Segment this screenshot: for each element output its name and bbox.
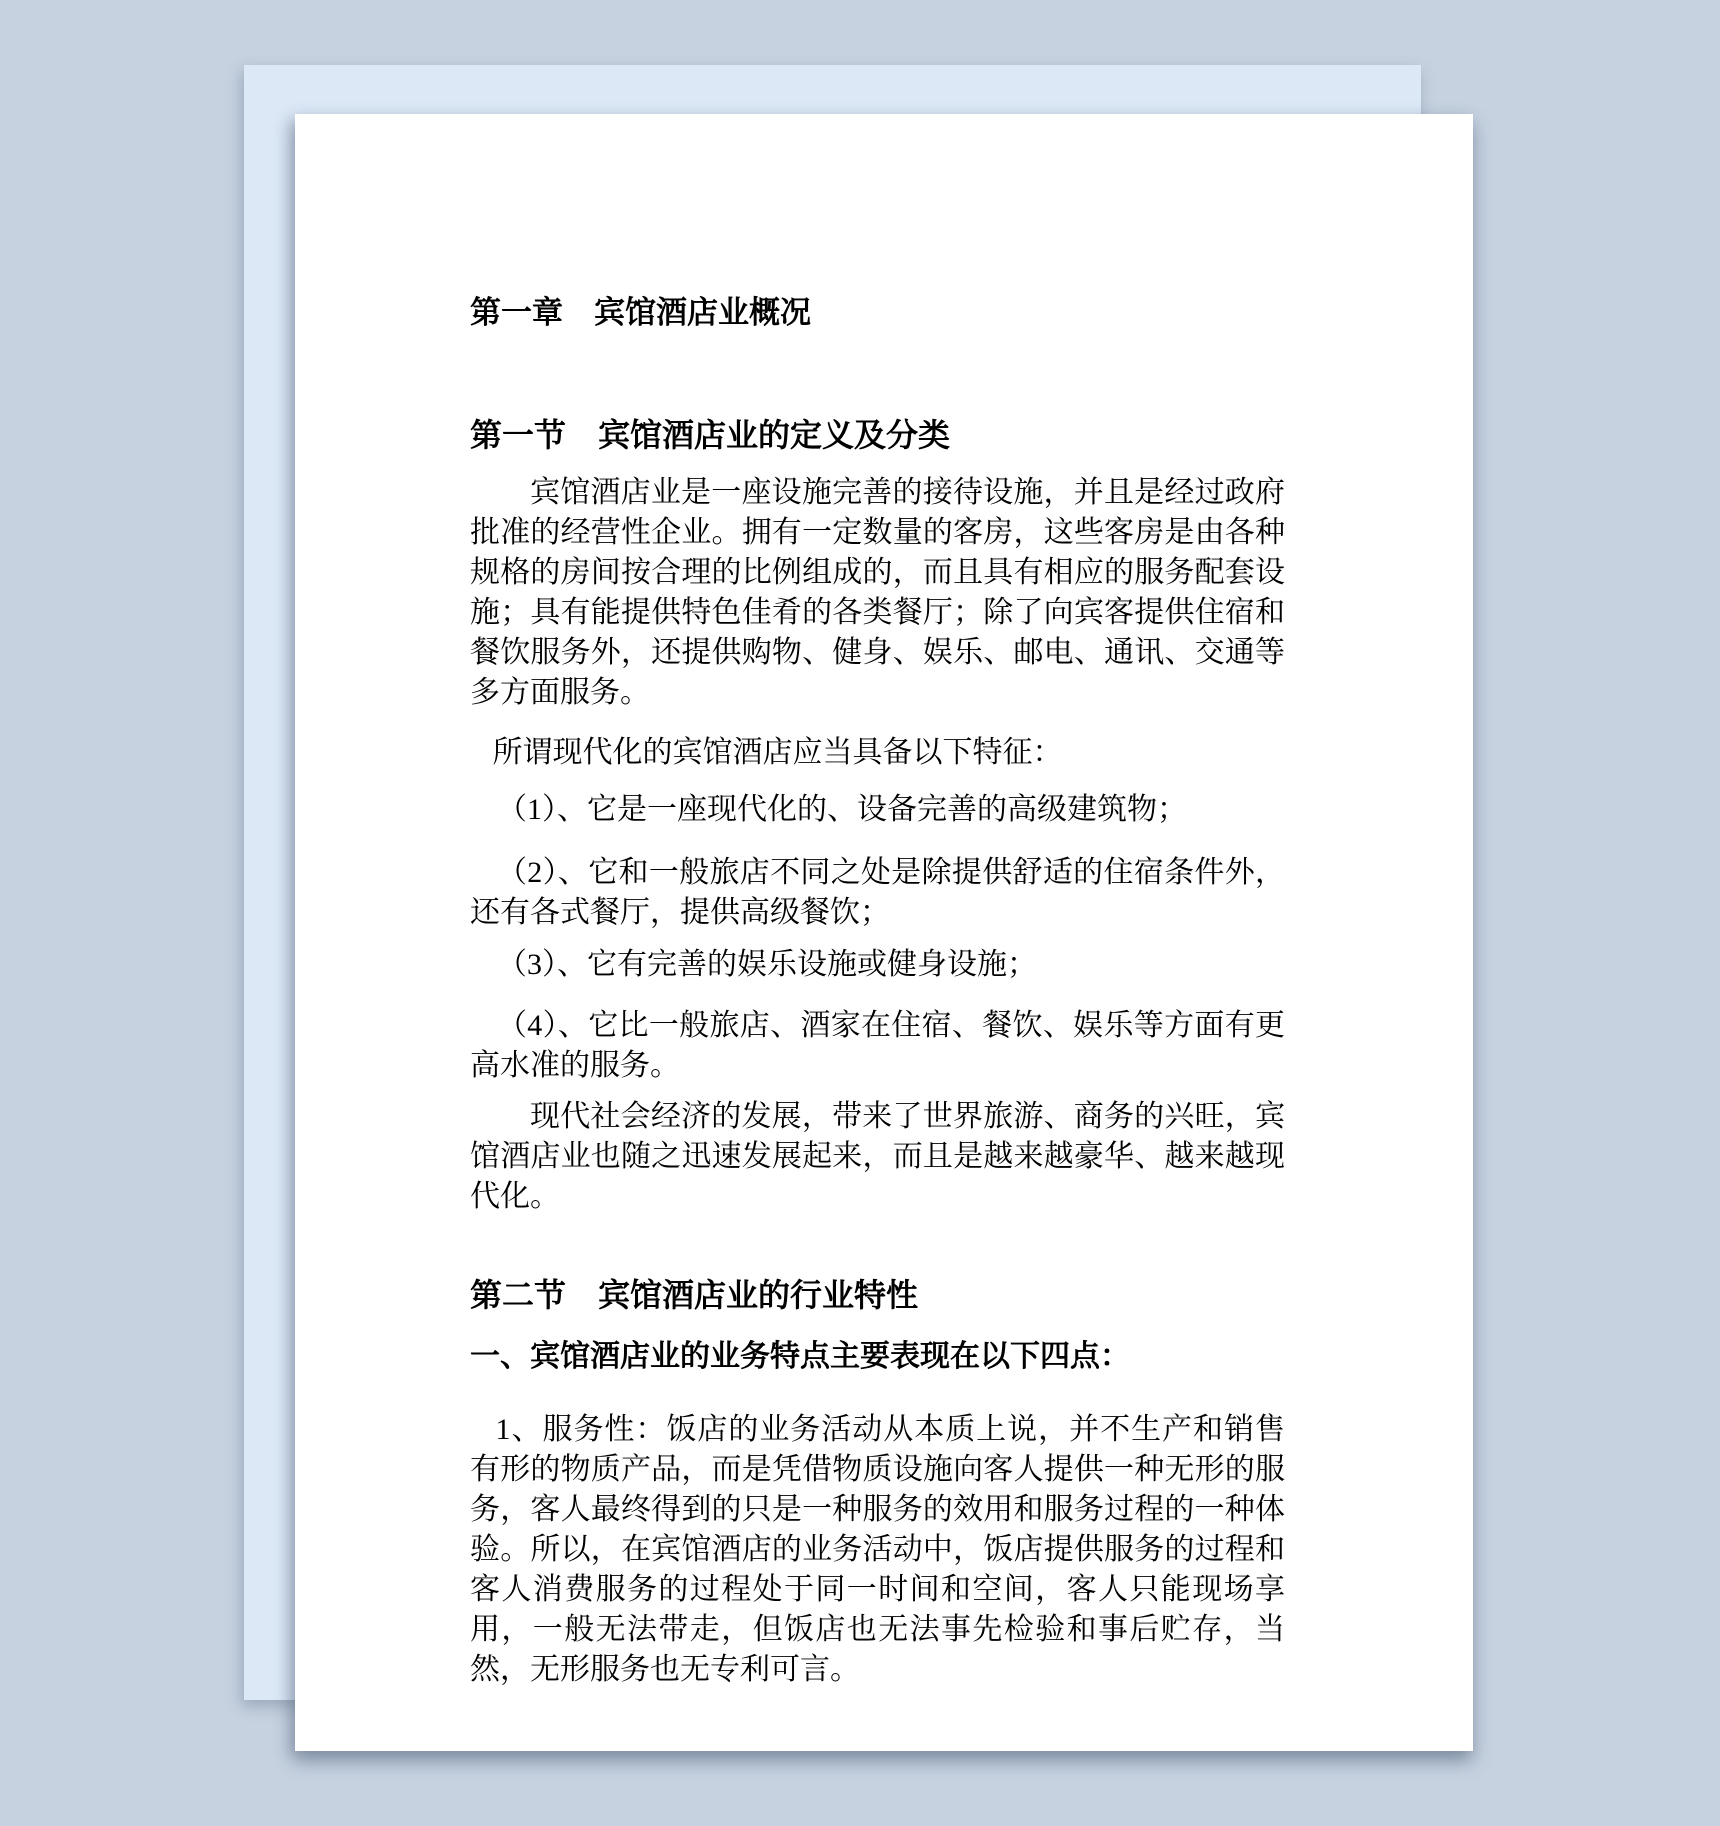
features-lead-line: 所谓现代化的宾馆酒店应当具备以下特征： [470, 733, 1285, 773]
chapter-heading: 第一章 宾馆酒店业概况 [470, 293, 1285, 333]
desktop-background: { "document": { "chapter_heading": "第一章 … [0, 0, 1720, 1826]
section-2-heading: 第二节 宾馆酒店业的行业特性 [470, 1273, 1285, 1317]
section-1-heading: 第一节 宾馆酒店业的定义及分类 [470, 413, 1285, 457]
section-1-intro-paragraph: 宾馆酒店业是一座设施完善的接待设施，并且是经过政府批准的经营性企业。拥有一定数量… [470, 473, 1285, 713]
feature-item-1: （1）、它是一座现代化的、设备完善的高级建筑物； [470, 790, 1285, 830]
section-1-closing-paragraph: 现代社会经济的发展，带来了世界旅游、商务的兴旺，宾馆酒店业也随之迅速发展起来，而… [470, 1097, 1285, 1217]
section-2-body-paragraph: 1、服务性：饭店的业务活动从本质上说，并不生产和销售有形的物质产品，而是凭借物质… [470, 1410, 1285, 1690]
document-content: 第一章 宾馆酒店业概况 第一节 宾馆酒店业的定义及分类 宾馆酒店业是一座设施完善… [470, 293, 1285, 1690]
feature-item-3: （3）、它有完善的娱乐设施或健身设施； [470, 945, 1285, 985]
section-2-subheading: 一、宾馆酒店业的业务特点主要表现在以下四点： [470, 1337, 1285, 1377]
document-page: 第一章 宾馆酒店业概况 第一节 宾馆酒店业的定义及分类 宾馆酒店业是一座设施完善… [295, 114, 1473, 1751]
feature-item-4: （4）、它比一般旅店、酒家在住宿、餐饮、娱乐等方面有更高水准的服务。 [470, 1006, 1285, 1086]
feature-item-2: （2）、它和一般旅店不同之处是除提供舒适的住宿条件外，还有各式餐厅，提供高级餐饮… [470, 853, 1285, 933]
